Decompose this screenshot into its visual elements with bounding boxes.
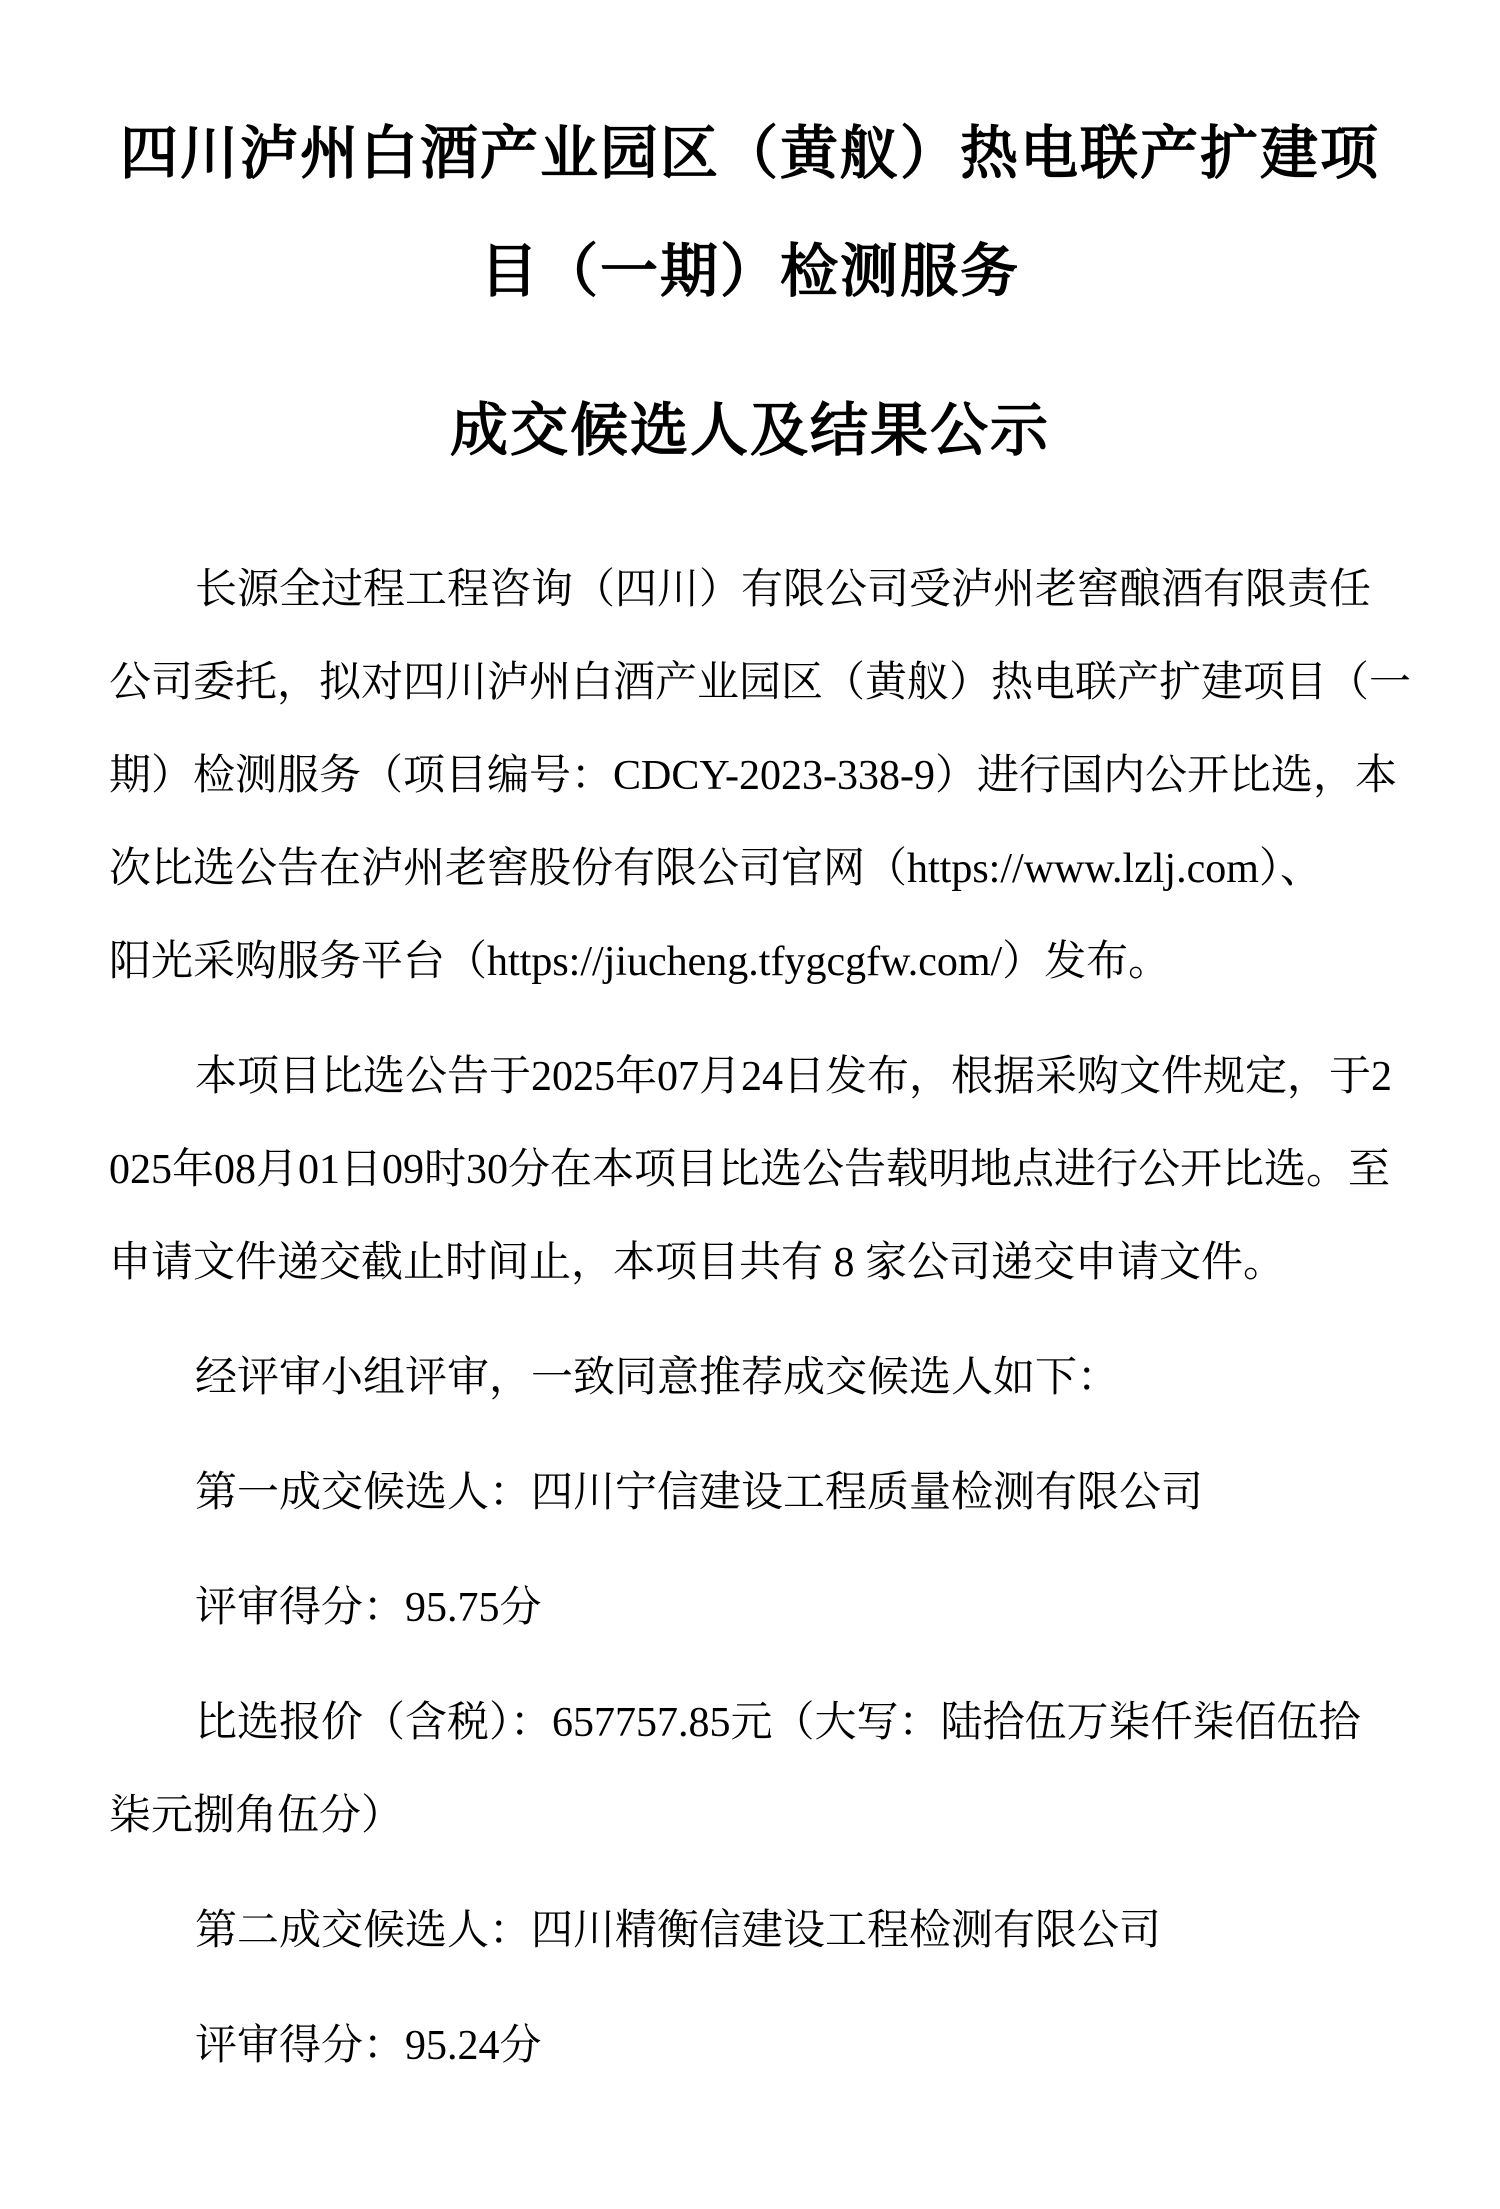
- document-body: 长源全过程工程咨询（四川）有限公司受泸州老窖酿酒有限责任 公司委托，拟对四川泸州…: [0, 544, 1500, 2093]
- document-subtitle: 成交候选人及结果公示: [0, 372, 1500, 490]
- para-second-candidate-score: 评审得分：95.24分: [109, 2000, 1410, 2093]
- paragraph-line: 经评审小组评审，一致同意推荐成交候选人如下：: [109, 1332, 1410, 1425]
- paragraph-line: 公司委托，拟对四川泸州白酒产业园区（黄舣）热电联产扩建项目（一: [109, 637, 1410, 730]
- paragraph-line: 评审得分：95.75分: [109, 1562, 1410, 1655]
- paragraph-line: 柒元捌角伍分）: [109, 1770, 1410, 1863]
- para-schedule: 本项目比选公告于2025年07月24日发布，根据采购文件规定，于2 025年08…: [109, 1031, 1410, 1310]
- paragraph-line: 第一成交候选人：四川宁信建设工程质量检测有限公司: [109, 1447, 1410, 1540]
- para-recommendation: 经评审小组评审，一致同意推荐成交候选人如下：: [109, 1332, 1410, 1425]
- paragraph-line: 025年08月01日09时30分在本项目比选公告载明地点进行公开比选。至: [109, 1124, 1410, 1217]
- para-second-candidate: 第二成交候选人：四川精衡信建设工程检测有限公司: [109, 1885, 1410, 1978]
- paragraph-line: 长源全过程工程咨询（四川）有限公司受泸州老窖酿酒有限责任: [109, 544, 1410, 637]
- paragraph-line: 期）检测服务（项目编号：CDCY-2023-338-9）进行国内公开比选，本: [109, 730, 1410, 823]
- para-first-candidate-price: 比选报价（含税）：657757.85元（大写：陆拾伍万柒仟柒佰伍拾 柒元捌角伍分…: [109, 1677, 1410, 1863]
- document-title-line-1: 四川泸州白酒产业园区（黄舣）热电联产扩建项: [0, 95, 1500, 213]
- paragraph-line: 本项目比选公告于2025年07月24日发布，根据采购文件规定，于2: [109, 1031, 1410, 1124]
- document-page: 四川泸州白酒产业园区（黄舣）热电联产扩建项 目（一期）检测服务 成交候选人及结果…: [0, 0, 1500, 2209]
- paragraph-line: 比选报价（含税）：657757.85元（大写：陆拾伍万柒仟柒佰伍拾: [109, 1677, 1410, 1770]
- paragraph-line: 第二成交候选人：四川精衡信建设工程检测有限公司: [109, 1885, 1410, 1978]
- para-first-candidate-score: 评审得分：95.75分: [109, 1562, 1410, 1655]
- paragraph-line: 阳光采购服务平台（https://jiucheng.tfygcgfw.com/）…: [109, 916, 1410, 1009]
- document-title-line-2: 目（一期）检测服务: [0, 213, 1500, 331]
- paragraph-line: 次比选公告在泸州老窖股份有限公司官网（https://www.lzlj.com）…: [109, 823, 1410, 916]
- paragraph-line: 申请文件递交截止时间止，本项目共有 8 家公司递交申请文件。: [109, 1217, 1410, 1310]
- paragraph-line: 评审得分：95.24分: [109, 2000, 1410, 2093]
- document-title: 四川泸州白酒产业园区（黄舣）热电联产扩建项 目（一期）检测服务: [0, 0, 1500, 331]
- para-first-candidate: 第一成交候选人：四川宁信建设工程质量检测有限公司: [109, 1447, 1410, 1540]
- para-intro: 长源全过程工程咨询（四川）有限公司受泸州老窖酿酒有限责任 公司委托，拟对四川泸州…: [109, 544, 1410, 1009]
